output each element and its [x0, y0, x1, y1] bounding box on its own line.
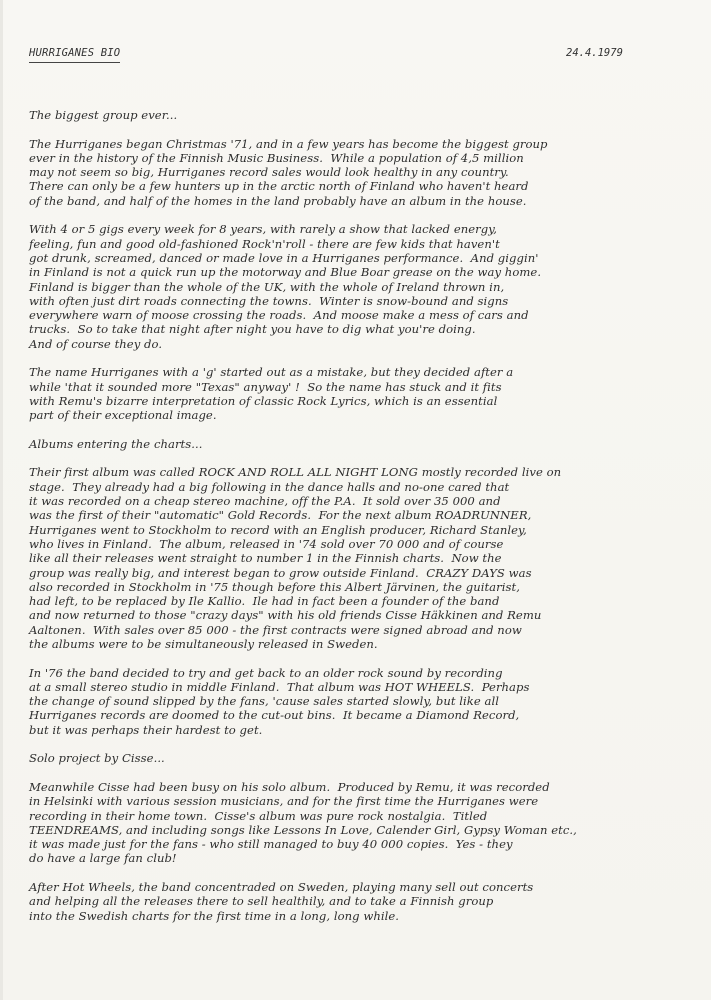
paragraph: After Hot Wheels, the band concentraded …: [29, 880, 699, 923]
paragraph: The name Hurriganes with a 'g' started o…: [29, 365, 699, 422]
text-line: do have a large fan club!: [29, 851, 699, 865]
paragraph: With 4 or 5 gigs every week for 8 years,…: [29, 222, 699, 351]
text-line: may not seem so big, Hurriganes record s…: [29, 165, 699, 179]
text-line: Hurriganes records are doomed to the cut…: [29, 708, 699, 722]
text-line: Meanwhile Cisse had been busy on his sol…: [29, 780, 699, 794]
document-title: HURRIGANES BIO: [29, 47, 120, 63]
text-line: In '76 the band decided to try and get b…: [29, 666, 699, 680]
paragraph: The Hurriganes began Christmas '71, and …: [29, 137, 699, 208]
text-line: it was made just for the fans - who stil…: [29, 837, 699, 851]
text-line: the albums were to be simultaneously rel…: [29, 637, 699, 651]
text-line: Finland is bigger than the whole of the …: [29, 280, 699, 294]
document-page: HURRIGANES BIO 24.4.1979 The biggest gro…: [0, 0, 711, 1000]
text-line: trucks. So to take that night after nigh…: [29, 322, 699, 336]
text-line: into the Swedish charts for the first ti…: [29, 909, 699, 923]
text-line: who lives in Finland. The album, release…: [29, 537, 699, 551]
text-line: got drunk, screamed, danced or made love…: [29, 251, 699, 265]
page-edge: [0, 0, 3, 1000]
text-line: the change of sound slipped by the fans,…: [29, 694, 699, 708]
text-line: at a small stereo studio in middle Finla…: [29, 680, 699, 694]
text-line: TEENDREAMS, and including songs like Les…: [29, 823, 699, 837]
paragraph: In '76 the band decided to try and get b…: [29, 666, 699, 737]
text-line: recording in their home town. Cisse's al…: [29, 809, 699, 823]
text-line: had left, to be replaced by Ile Kallio. …: [29, 594, 699, 608]
text-line: Their first album was called ROCK AND RO…: [29, 465, 699, 479]
paragraph: Their first album was called ROCK AND RO…: [29, 465, 699, 651]
text-line: and now returned to those "crazy days" w…: [29, 608, 699, 622]
document-date: 24.4.1979: [566, 47, 623, 59]
text-line: group was really big, and interest began…: [29, 566, 699, 580]
text-line: After Hot Wheels, the band concentraded …: [29, 880, 699, 894]
text-line: Aaltonen. With sales over 85 000 - the f…: [29, 623, 699, 637]
text-line: but it was perhaps their hardest to get.: [29, 723, 699, 737]
text-line: The name Hurriganes with a 'g' started o…: [29, 365, 699, 379]
document-body: The biggest group ever...The Hurriganes …: [29, 108, 699, 937]
text-line: everywhere warn of moose crossing the ro…: [29, 308, 699, 322]
text-line: With 4 or 5 gigs every week for 8 years,…: [29, 222, 699, 236]
text-line: also recorded in Stockholm in '75 though…: [29, 580, 699, 594]
text-line: Hurriganes went to Stockholm to record w…: [29, 523, 699, 537]
section-heading: Albums entering the charts...: [29, 437, 699, 451]
text-line: part of their exceptional image.: [29, 408, 699, 422]
text-line: with often just dirt roads connecting th…: [29, 294, 699, 308]
text-line: with Remu's bizarre interpretation of cl…: [29, 394, 699, 408]
text-line: stage. They already had a big following …: [29, 480, 699, 494]
text-line: was the first of their "automatic" Gold …: [29, 508, 699, 522]
text-line: in Helsinki with various session musicia…: [29, 794, 699, 808]
text-line: it was recorded on a cheap stereo machin…: [29, 494, 699, 508]
section-heading: Solo project by Cisse...: [29, 751, 699, 765]
text-line: ever in the history of the Finnish Music…: [29, 151, 699, 165]
text-line: feeling, fun and good old-fashioned Rock…: [29, 237, 699, 251]
section-heading: The biggest group ever...: [29, 108, 699, 122]
text-line: There can only be a few hunters up in th…: [29, 179, 699, 193]
text-line: while 'that it sounded more "Texas" anyw…: [29, 380, 699, 394]
text-line: like all their releases went straight to…: [29, 551, 699, 565]
text-line: and helping all the releases there to se…: [29, 894, 699, 908]
paragraph: Meanwhile Cisse had been busy on his sol…: [29, 780, 699, 866]
text-line: And of course they do.: [29, 337, 699, 351]
text-line: in Finland is not a quick run up the mot…: [29, 265, 699, 279]
text-line: The Hurriganes began Christmas '71, and …: [29, 137, 699, 151]
text-line: of the band, and half of the homes in th…: [29, 194, 699, 208]
